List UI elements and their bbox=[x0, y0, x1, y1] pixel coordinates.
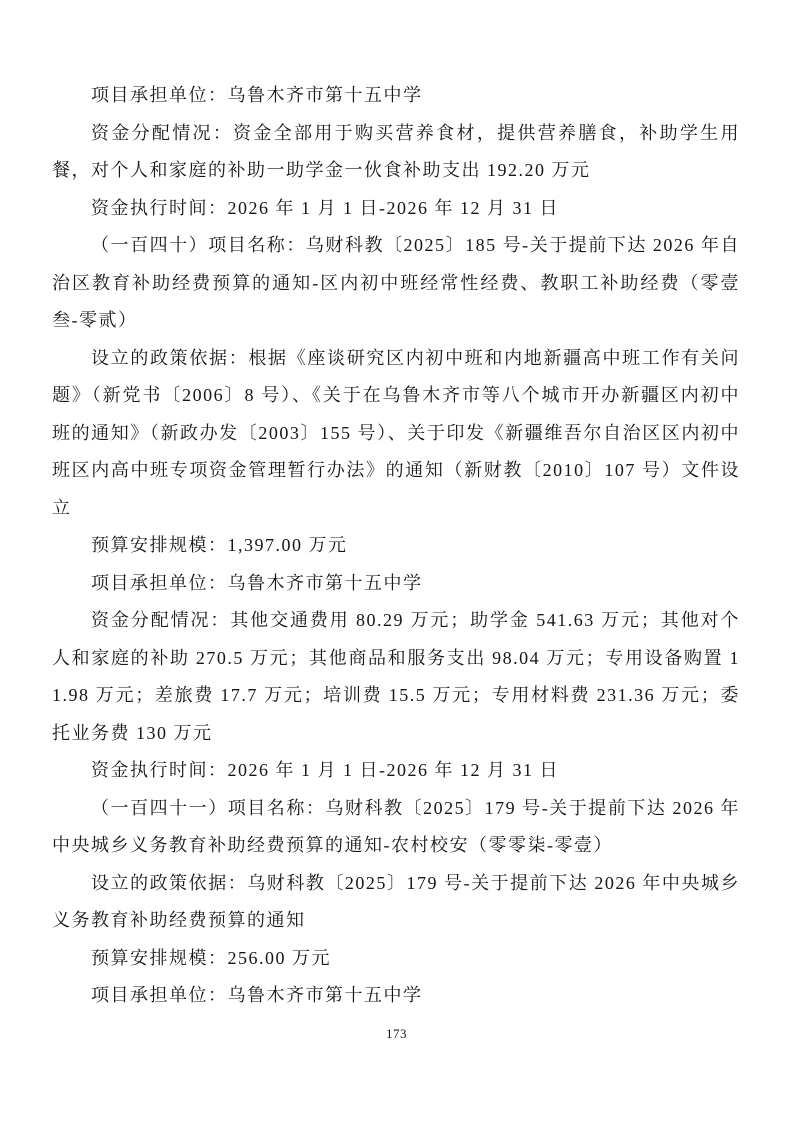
document-text-block: 项目承担单位：乌鲁木齐市第十五中学 资金分配情况：资金全部用于购买营养食材，提供… bbox=[0, 0, 793, 1015]
paragraph-fund-allocation: 资金分配情况：资金全部用于购买营养食材，提供营养膳食，补助学生用餐，对个人和家庭… bbox=[52, 115, 740, 190]
paragraph-policy-basis: 设立的政策依据：根据《座谈研究区内初中班和内地新疆高中班工作有关问题》（新党书〔… bbox=[52, 340, 740, 528]
paragraph-fund-execution-time: 资金执行时间：2026 年 1 月 1 日-2026 年 12 月 31 日 bbox=[52, 190, 740, 228]
paragraph-project-140-name: （一百四十）项目名称：乌财科教〔2025〕185 号-关于提前下达 2026 年… bbox=[52, 227, 740, 340]
paragraph-policy-basis: 设立的政策依据：乌财科教〔2025〕179 号-关于提前下达 2026 年中央城… bbox=[52, 865, 740, 940]
paragraph-budget-scale: 预算安排规模：1,397.00 万元 bbox=[52, 527, 740, 565]
paragraph-project-unit: 项目承担单位：乌鲁木齐市第十五中学 bbox=[52, 977, 740, 1015]
paragraph-fund-allocation: 资金分配情况：其他交通费用 80.29 万元；助学金 541.63 万元；其他对… bbox=[52, 602, 740, 752]
paragraph-budget-scale: 预算安排规模：256.00 万元 bbox=[52, 940, 740, 978]
document-page: 项目承担单位：乌鲁木齐市第十五中学 资金分配情况：资金全部用于购买营养食材，提供… bbox=[0, 0, 793, 1122]
paragraph-project-unit: 项目承担单位：乌鲁木齐市第十五中学 bbox=[52, 77, 740, 115]
page-number: 173 bbox=[0, 1026, 793, 1042]
paragraph-fund-execution-time: 资金执行时间：2026 年 1 月 1 日-2026 年 12 月 31 日 bbox=[52, 752, 740, 790]
paragraph-project-141-name: （一百四十一）项目名称：乌财科教〔2025〕179 号-关于提前下达 2026 … bbox=[52, 790, 740, 865]
paragraph-project-unit: 项目承担单位：乌鲁木齐市第十五中学 bbox=[52, 565, 740, 603]
